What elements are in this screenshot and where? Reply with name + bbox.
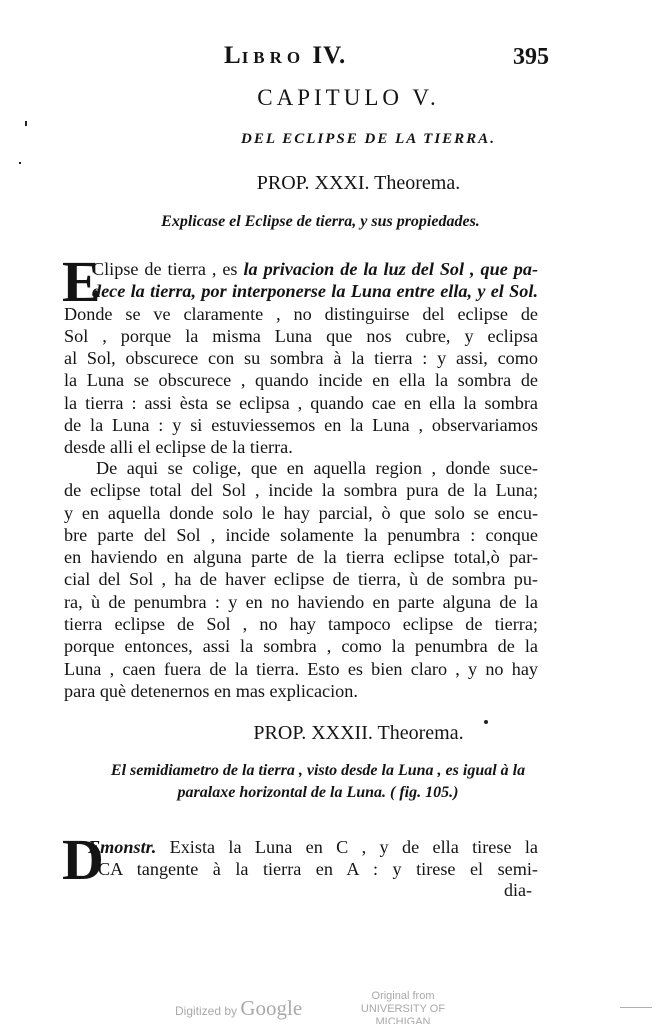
- text-line: en haviendo en alguna parte de la tierra…: [64, 546, 538, 568]
- text-line: dece la tierra, por interponerse la Luna…: [64, 280, 538, 302]
- text-line: de eclipse total del Sol , incide la som…: [64, 479, 538, 501]
- ink-speck: [25, 121, 27, 126]
- text-line: y en aquella donde solo le hay parcial, …: [64, 502, 538, 524]
- prop-32-statement-line-1: El semidiametro de la tierra , visto des…: [78, 760, 558, 782]
- footer-rule: [620, 1007, 652, 1008]
- chapter-title: CAPITULO V.: [0, 85, 657, 111]
- demonstration-line-1: Emonstr. Exista la Luna en C , y de ella…: [64, 836, 538, 858]
- text-line: Luna , caen fuera de la tierra. Esto es …: [64, 658, 538, 680]
- digitization-footer: Digitized by Google Original from UNIVER…: [0, 990, 657, 1020]
- section-title: DEL ECLIPSE DE LA TIERRA.: [0, 131, 657, 148]
- prop-31-heading: PROP. XXXI. Theorema.: [0, 172, 657, 195]
- prop-31-paragraph-1: Clipse de tierra , es la privacion de la…: [64, 258, 538, 459]
- prop-32-heading: PROP. XXXII. Theorema.: [0, 722, 657, 745]
- page-number: 395: [513, 44, 549, 71]
- book-title: LIBRO IV.: [224, 42, 346, 70]
- ink-speck: [484, 720, 488, 724]
- digitized-by-google: Digitized by Google: [175, 996, 302, 1021]
- text-line: la Luna se obscurece , quando incide en …: [64, 369, 538, 391]
- prop-32-demonstration: Emonstr. Exista la Luna en C , y de ella…: [64, 836, 538, 881]
- prop-32-statement-line-2: paralaxe horizontal de la Luna. ( fig. 1…: [78, 782, 558, 804]
- ink-speck: [19, 162, 21, 164]
- text-line: tierra eclipse de Sol , no hay tampoco e…: [64, 613, 538, 635]
- text-line: al Sol, obscurece con su sombra à la tie…: [64, 347, 538, 369]
- prop-31-paragraph-2: De aqui se colige, que en aquella region…: [64, 457, 538, 702]
- institution-name: UNIVERSITY OF MICHIGAN: [358, 1003, 448, 1024]
- text-line: de la Luna : y si estuviessemos en la Lu…: [64, 414, 538, 436]
- text-line: bre parte del Sol , incide solamente la …: [64, 524, 538, 546]
- text-line: ra, ù de penumbra : y en no haviendo en …: [64, 591, 538, 613]
- text-line: De aqui se colige, que en aquella region…: [64, 457, 538, 479]
- text-line: la tierra : assi èsta se eclipsa , quand…: [64, 392, 538, 414]
- original-from: Original from UNIVERSITY OF MICHIGAN: [358, 990, 448, 1024]
- running-head: LIBRO IV. 395: [0, 42, 657, 74]
- text-line: para què detenernos en mas explicacion.: [64, 680, 538, 702]
- google-logo: Google: [240, 996, 302, 1020]
- prop-32-statement: El semidiametro de la tierra , visto des…: [78, 760, 558, 804]
- text-line: porque entonces, assi la sombra , como l…: [64, 635, 538, 657]
- catchword: dia-: [504, 880, 532, 901]
- text-line: Clipse de tierra , es la privacion de la…: [64, 258, 538, 280]
- prop-31-statement: Explicase el Eclipse de tierra, y sus pr…: [88, 211, 553, 233]
- text-line: Donde se ve claramente , no distinguirse…: [64, 303, 538, 325]
- text-line: desde alli el eclipse de la tierra.: [64, 436, 538, 458]
- text-line: cial del Sol , ha de haver eclipse de ti…: [64, 568, 538, 590]
- text-line: Sol , porque la misma Luna que nos cubre…: [64, 325, 538, 347]
- demonstration-line-2: CA tangente à la tierra en A : y tirese …: [64, 858, 538, 880]
